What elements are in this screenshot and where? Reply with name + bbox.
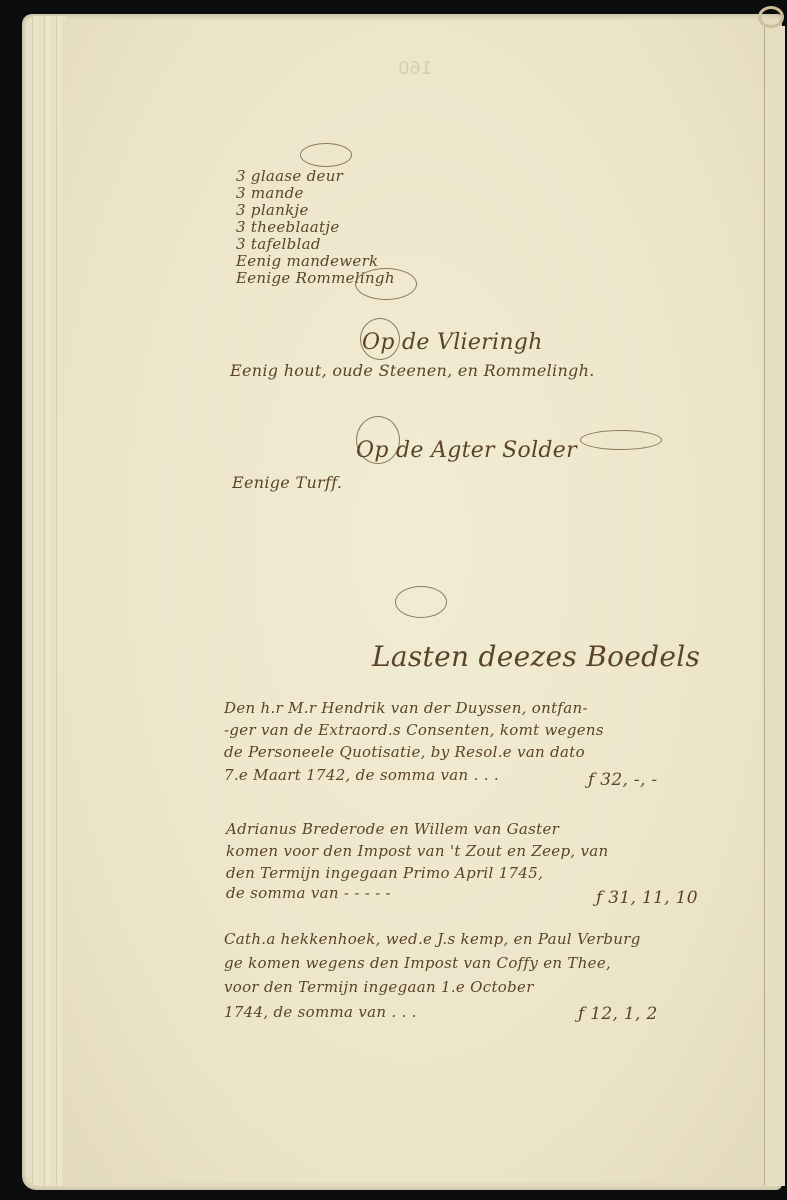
list-item: 3 glaase deur (236, 168, 343, 185)
list-item: Eenig mandewerk (236, 253, 378, 270)
section-item: Eenige Turff. (232, 474, 342, 491)
list-item: 3 plankje (236, 202, 309, 219)
entry-amount: ƒ 12, 1, 2 (578, 1004, 658, 1024)
list-item: 3 tafelblad (236, 236, 321, 253)
flourish-ornament (356, 416, 400, 464)
bleed-through-page-number: 160 (398, 58, 432, 79)
entry-line: Den h.r M.r Hendrik van der Duyssen, ont… (224, 697, 588, 719)
entry-line: 1744, de somma van . . . (224, 1001, 417, 1023)
binding-thread (758, 6, 784, 28)
page-edges (26, 16, 66, 1186)
entry-line: de somma van - - - - - (226, 882, 391, 904)
list-item: 3 mande (236, 185, 304, 202)
entry-line: ge komen wegens den Impost van Coffy en … (224, 952, 611, 974)
entry-amount: ƒ 31, 11, 10 (596, 888, 698, 908)
liabilities-heading: Lasten deezes Boedels (372, 640, 700, 673)
entry-line: Cath.a hekkenhoek, wed.e J.s kemp, en Pa… (224, 928, 641, 950)
entry-line: -ger van de Extraord.s Consenten, komt w… (224, 719, 604, 741)
entry-line: 7.e Maart 1742, de somma van . . . (224, 764, 499, 786)
flourish-ornament (300, 143, 352, 167)
entry-line: Adrianus Brederode en Willem van Gaster (226, 818, 559, 840)
entry-line: de Personeele Quotisatie, by Resol.e van… (224, 741, 585, 763)
facing-page-edge (764, 26, 785, 1186)
flourish-ornament (580, 430, 662, 450)
entry-amount: ƒ 32, -, - (588, 770, 657, 790)
list-item: 3 theeblaatje (236, 219, 340, 236)
flourish-ornament (355, 268, 417, 300)
entry-line: den Termijn ingegaan Primo April 1745, (226, 862, 543, 884)
section-item: Eenig hout, oude Steenen, en Rommelingh. (230, 362, 595, 379)
flourish-ornament (360, 318, 400, 360)
entry-line: voor den Termijn ingegaan 1.e October (224, 976, 534, 998)
entry-line: komen voor den Impost van 't Zout en Zee… (226, 840, 608, 862)
flourish-ornament (395, 586, 447, 618)
